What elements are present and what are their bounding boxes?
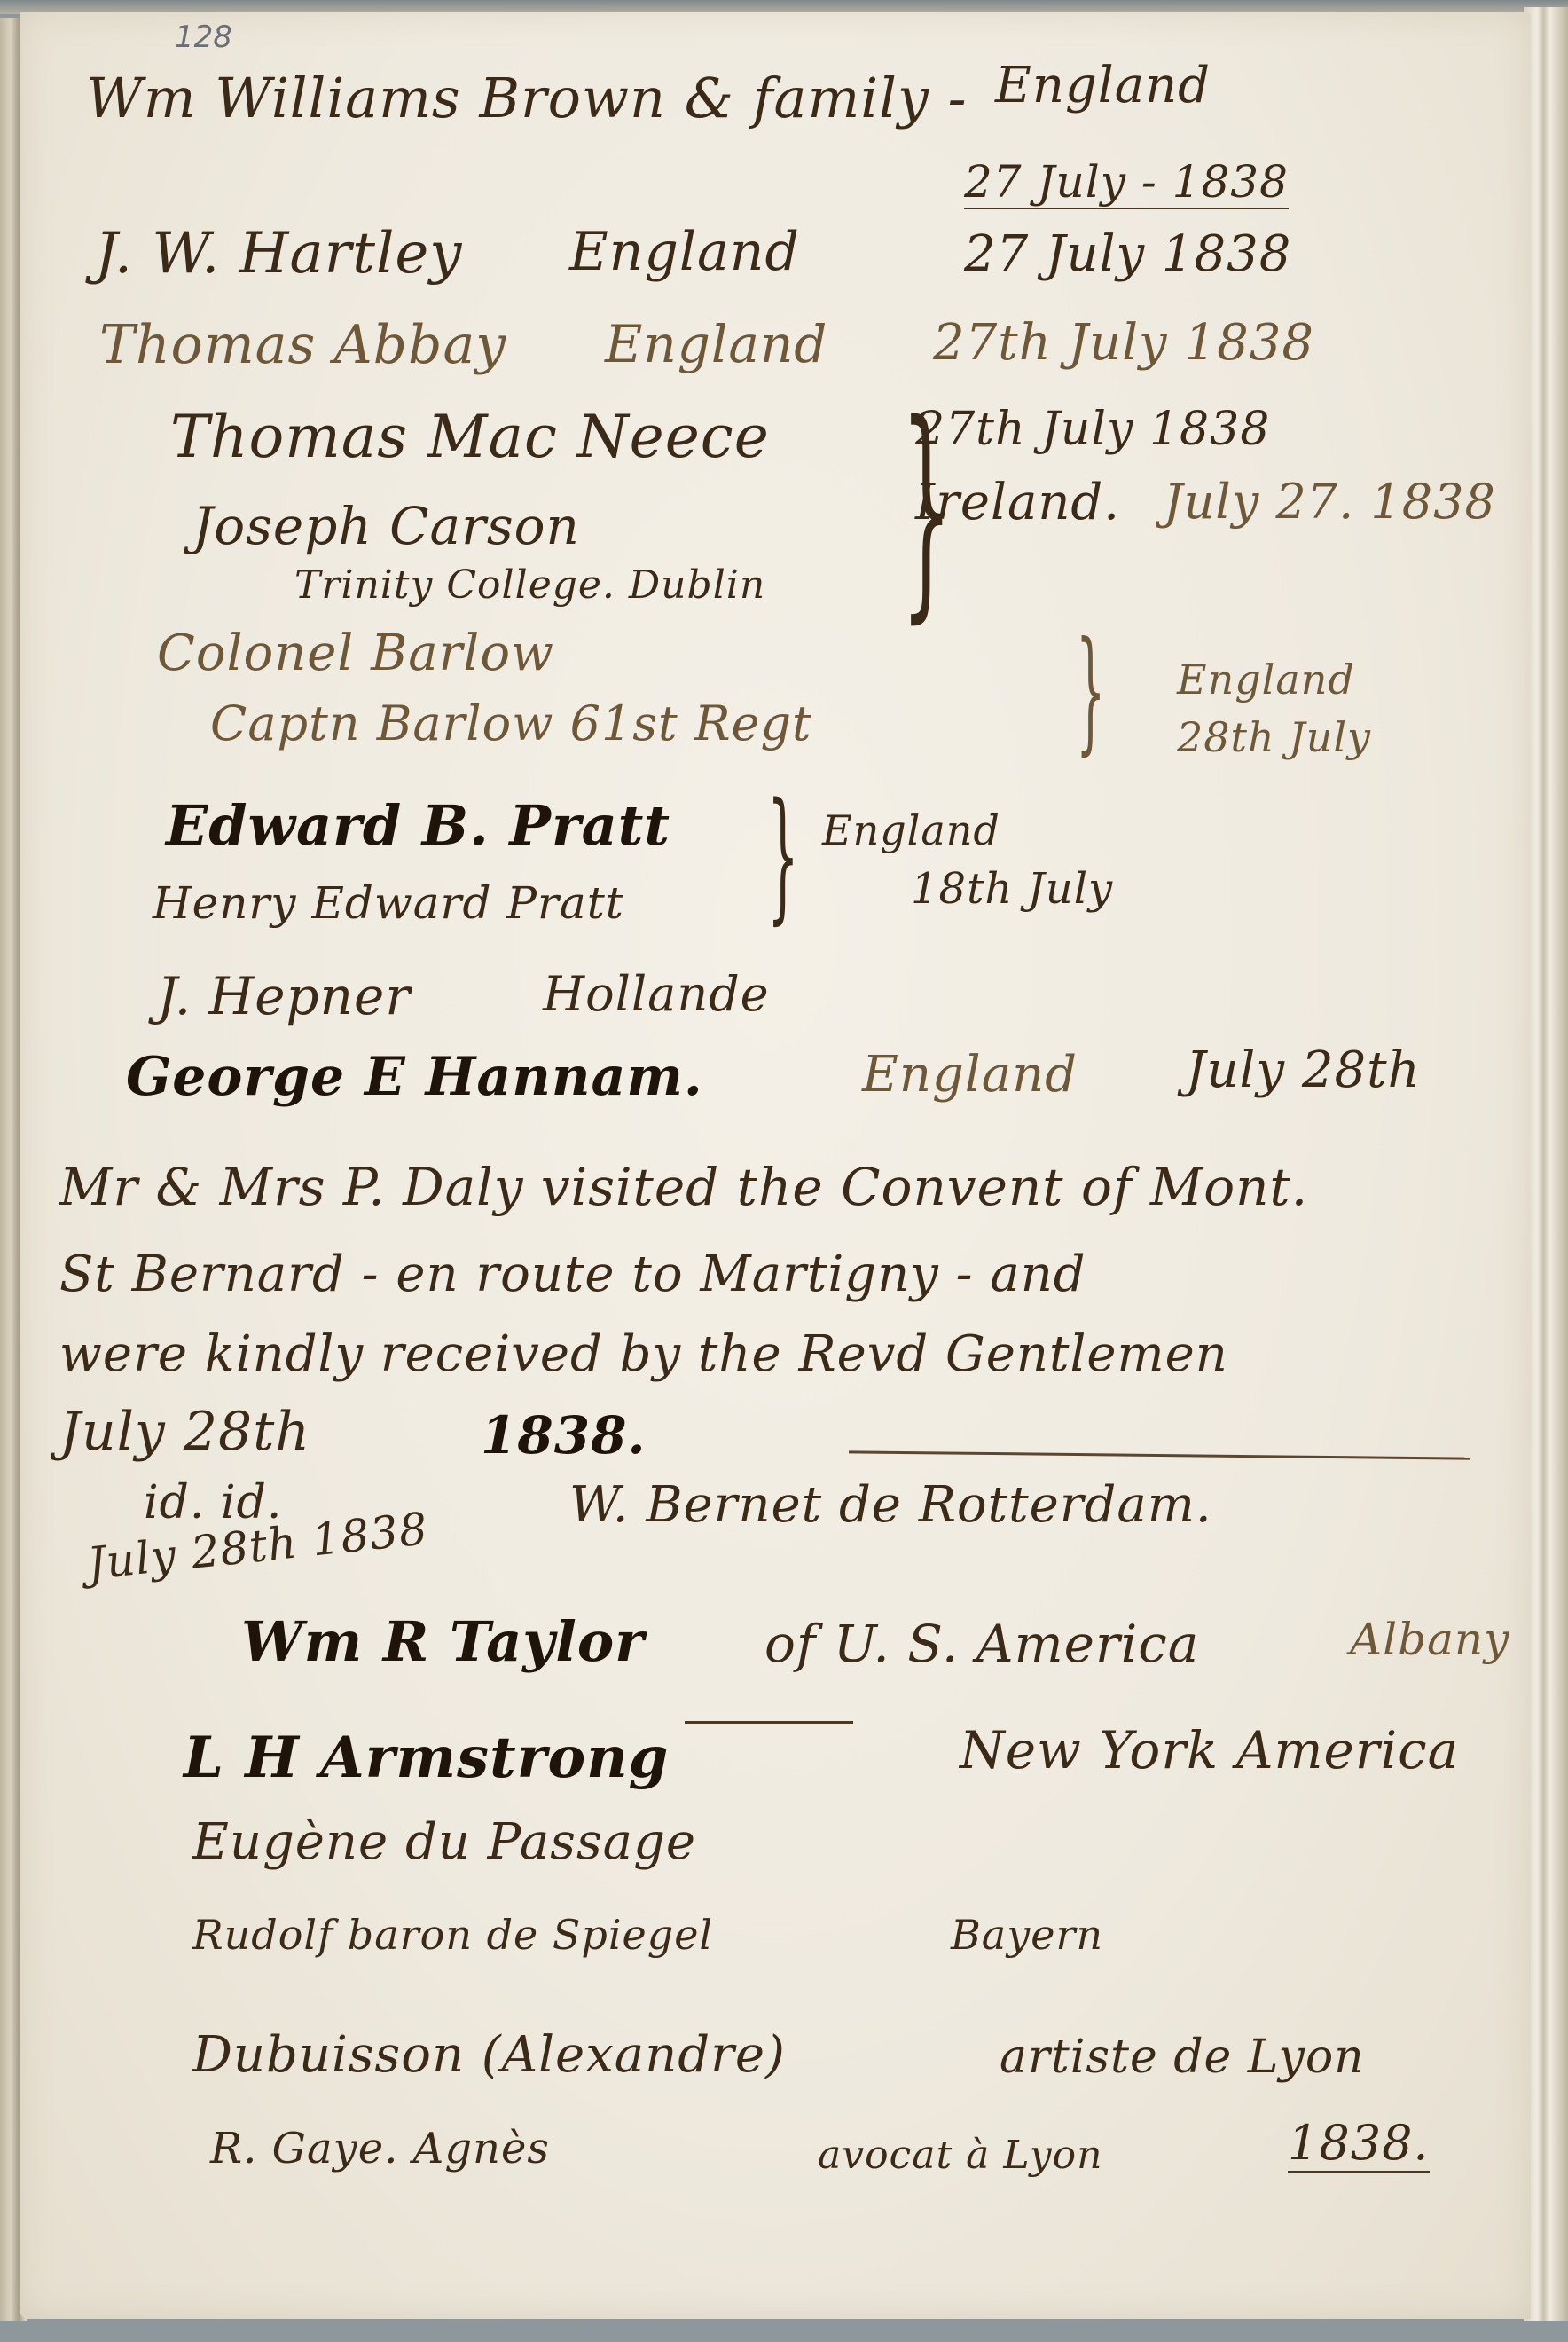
entry-2-name: J. W. Hartley	[95, 221, 462, 287]
later-entry-5-origin: artiste de Lyon	[1000, 2031, 1365, 2084]
entry-2-origin: England	[569, 221, 800, 283]
note-year: 1838.	[481, 1405, 647, 1466]
entry-3-name: Thomas Abbay	[99, 314, 506, 376]
entry-6-name: Colonel Barlow	[157, 625, 554, 682]
later-entry-2-name: L H Armstrong	[184, 1725, 669, 1791]
note-line-2: St Bernard - en route to Martigny - and	[59, 1246, 1086, 1303]
later-entry-6-date: 1838.	[1288, 2115, 1430, 2173]
entry-7-origin: England	[1177, 656, 1355, 703]
ledger-page: 128 Wm Williams Brown & family - England…	[20, 12, 1531, 2319]
note-line-3: were kindly received by the Revd Gentlem…	[59, 1325, 1228, 1383]
entry-4-name: Thomas Mac Neece	[170, 403, 770, 471]
note-rule	[849, 1450, 1470, 1459]
later-entry-3-name: Eugène du Passage	[192, 1813, 696, 1871]
later-entry-6-name: R. Gaye. Agnès	[210, 2124, 550, 2173]
later-entry-5-name: Dubuisson (Alexandre)	[192, 2026, 786, 2084]
page-number: 128	[175, 20, 232, 55]
later-entry-1-place: Albany	[1350, 1614, 1509, 1665]
entry-8-origin: England	[822, 806, 1000, 854]
entry-10-name: J. Hepner	[157, 966, 411, 1026]
entry-7-name: Captn Barlow 61st Regt	[210, 696, 812, 751]
brace-group-3: }	[767, 784, 799, 926]
entry-2-date: 27 July 1838	[964, 225, 1291, 283]
entry-11-date: July 28th	[1186, 1041, 1421, 1099]
later-entry-6-origin: avocat à Lyon	[818, 2133, 1102, 2178]
entry-4-date: 27th July 1838	[915, 403, 1270, 456]
note-date: July 28th	[59, 1401, 310, 1463]
later-entry-1-rule	[685, 1721, 853, 1724]
entry-1-date: 27 July - 1838	[964, 156, 1289, 209]
note-signature: W. Bernet de Rotterdam.	[569, 1476, 1212, 1534]
entry-5-name: Joseph Carson	[192, 496, 580, 556]
later-entry-2-origin: New York America	[960, 1720, 1459, 1780]
entry-5-origin: Ireland.	[915, 474, 1120, 531]
later-entry-1-name: Wm R Taylor	[241, 1609, 645, 1674]
later-entry-4-origin: Bayern	[951, 1911, 1103, 1959]
scan-background-bottom	[0, 2321, 1568, 2342]
entry-1-name: Wm Williams Brown & family -	[86, 66, 968, 130]
brace-group-2: }	[1076, 625, 1105, 758]
later-entry-4-name: Rudolf baron de Spiegel	[192, 1911, 713, 1959]
entry-11-origin: England	[862, 1046, 1078, 1104]
later-entry-1-origin: of U. S. America	[764, 1614, 1199, 1674]
entry-7-date: 28th July	[1177, 713, 1371, 761]
entry-5-date: July 27. 1838	[1164, 474, 1496, 530]
entry-3-origin: England	[605, 314, 827, 374]
entry-10-origin: Hollande	[543, 966, 770, 1022]
entry-9-name: Henry Edward Pratt	[153, 877, 624, 929]
entry-1-origin: England	[995, 57, 1211, 114]
entry-8-name: Edward B. Pratt	[166, 793, 670, 858]
entry-3-date: 27th July 1838	[933, 314, 1314, 372]
entry-5-affiliation: Trinity College. Dublin	[294, 562, 765, 608]
entry-11-name: George E Hannam.	[126, 1046, 703, 1108]
note-line-1: Mr & Mrs P. Daly visited the Convent of …	[59, 1157, 1308, 1217]
entry-9-date: 18th July	[911, 864, 1113, 914]
